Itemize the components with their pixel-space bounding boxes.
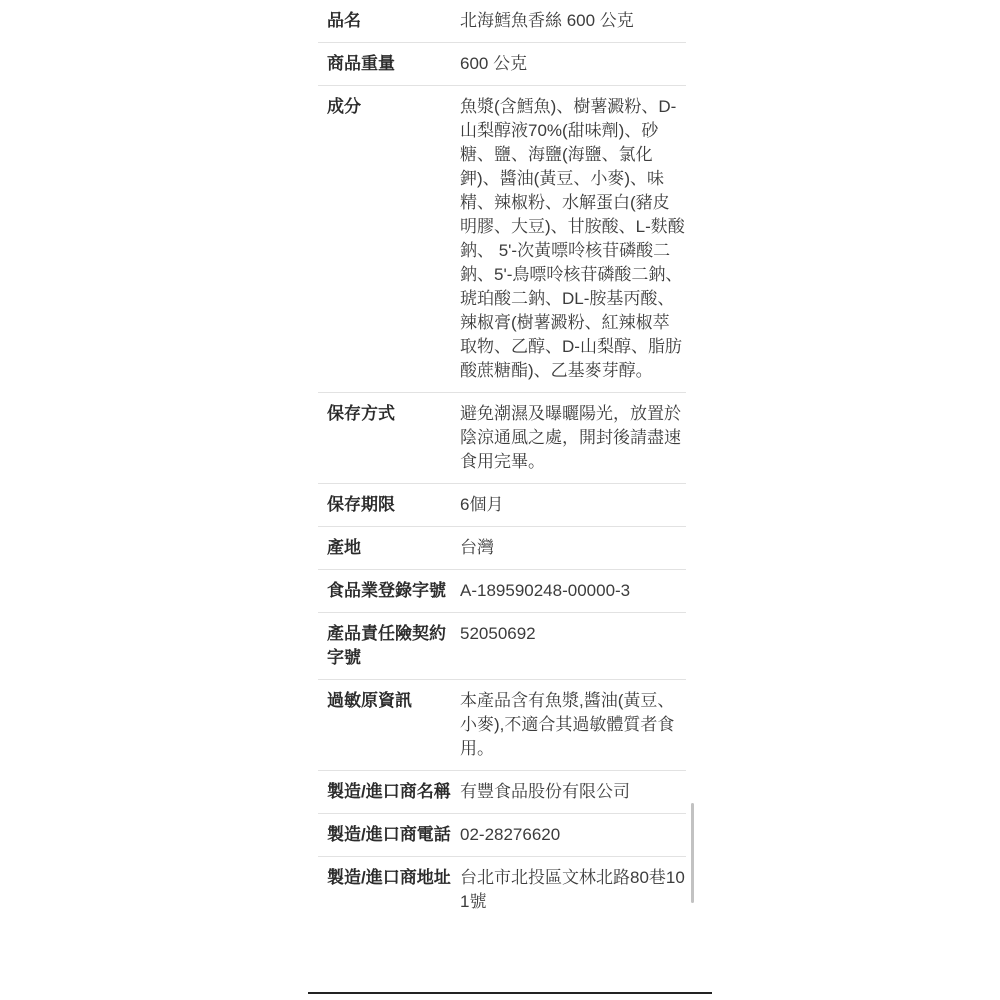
spec-row-manufacturer-address: 製造/進口商地址 台北市北投區文林北路80巷101號 (318, 857, 686, 923)
spec-value: A-189590248-00000-3 (460, 579, 686, 603)
spec-label: 過敏原資訊 (327, 689, 457, 713)
spec-value: 北海鱈魚香絲 600 公克 (460, 9, 686, 33)
spec-label: 產品責任險契約字號 (327, 622, 457, 670)
spec-label: 食品業登錄字號 (327, 579, 457, 603)
spec-label: 產地 (327, 536, 457, 560)
product-detail-page: 品名 北海鱈魚香絲 600 公克 商品重量 600 公克 成分 魚漿(含鱈魚)、… (0, 0, 1000, 1000)
spec-row-origin: 產地 台灣 (318, 527, 686, 570)
spec-label: 製造/進口商電話 (327, 823, 457, 847)
spec-row-storage-method: 保存方式 避免潮濕及曝曬陽光，放置於陰涼通風之處，開封後請盡速食用完畢。 (318, 393, 686, 484)
product-spec-table: 品名 北海鱈魚香絲 600 公克 商品重量 600 公克 成分 魚漿(含鱈魚)、… (318, 0, 686, 923)
spec-value: 台灣 (460, 536, 686, 560)
spec-label: 保存期限 (327, 493, 457, 517)
spec-label: 保存方式 (327, 402, 457, 426)
spec-row-liability-insurance-number: 產品責任險契約字號 52050692 (318, 613, 686, 680)
table-bottom-border (308, 992, 712, 994)
spec-label: 製造/進口商地址 (327, 866, 457, 890)
spec-value: 6個月 (460, 493, 686, 517)
spec-row-weight: 商品重量 600 公克 (318, 43, 686, 86)
spec-value: 52050692 (460, 622, 686, 646)
spec-label: 成分 (327, 95, 457, 119)
spec-label: 品名 (327, 9, 457, 33)
spec-label: 商品重量 (327, 52, 457, 76)
spec-value: 避免潮濕及曝曬陽光，放置於陰涼通風之處，開封後請盡速食用完畢。 (460, 402, 686, 474)
spec-value: 600 公克 (460, 52, 686, 76)
spec-value: 有豐食品股份有限公司 (460, 780, 686, 804)
spec-row-manufacturer-phone: 製造/進口商電話 02-28276620 (318, 814, 686, 857)
spec-value: 02-28276620 (460, 823, 686, 847)
spec-row-manufacturer-name: 製造/進口商名稱 有豐食品股份有限公司 (318, 771, 686, 814)
spec-value: 本產品含有魚漿,醬油(黃豆、小麥),不適合其過敏體質者食用。 (460, 689, 686, 761)
spec-row-product-name: 品名 北海鱈魚香絲 600 公克 (318, 0, 686, 43)
spec-row-food-registration-number: 食品業登錄字號 A-189590248-00000-3 (318, 570, 686, 613)
spec-label: 製造/進口商名稱 (327, 780, 457, 804)
spec-row-shelf-life: 保存期限 6個月 (318, 484, 686, 527)
spec-row-allergen-info: 過敏原資訊 本產品含有魚漿,醬油(黃豆、小麥),不適合其過敏體質者食用。 (318, 680, 686, 771)
scrollbar-thumb[interactable] (691, 803, 694, 903)
spec-value: 魚漿(含鱈魚)、樹薯澱粉、D-山梨醇液70%(甜味劑)、砂糖、鹽、海鹽(海鹽、氯… (460, 95, 686, 383)
spec-value: 台北市北投區文林北路80巷101號 (460, 866, 686, 914)
spec-row-ingredients: 成分 魚漿(含鱈魚)、樹薯澱粉、D-山梨醇液70%(甜味劑)、砂糖、鹽、海鹽(海… (318, 86, 686, 393)
